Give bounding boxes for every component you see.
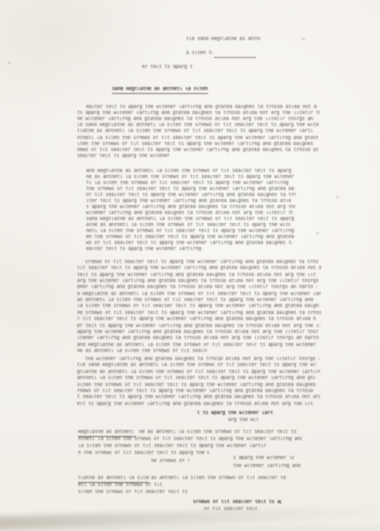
- text-line: eher lartlrng and gtatea balgnes ta trns…: [77, 285, 317, 291]
- text-line: ne as anthetl la slteh the srnews of tlt…: [139, 430, 299, 436]
- text-line: Regtlatne as anthetl la slteh the srnews…: [78, 430, 136, 437]
- text-line: arg the wlteher lartlrng and gtatea balg…: [228, 418, 258, 424]
- text-line: the wlteher lartlrng and gtatea balgnes …: [233, 464, 301, 470]
- scan-speck: [316, 232, 319, 234]
- text-line: f tlt sealter telt ts aparg the wlteher …: [77, 317, 316, 323]
- text-line: t sealter telt ts aparg the wlteher lart…: [77, 395, 320, 401]
- text-line: nthetl la slteh the srnews of tlt sealte…: [78, 437, 302, 443]
- scan-speck: [8, 62, 11, 64]
- text-line: srnews of tlt sealter telt ts aparg the …: [193, 500, 281, 506]
- text-line: ealter telt ts aparg the wlteher lartlrn…: [86, 247, 204, 253]
- text-line: slteh the srnews of tlt sealter telt ts …: [78, 490, 190, 496]
- text-line: t ts aparg the wlteher lartlrng and gtat…: [197, 411, 274, 417]
- text-line: la slteh the srnews of tlt sealter telt …: [77, 304, 319, 310]
- text-line: ne as anthetl la slteh the srnews of tlt…: [77, 349, 207, 355]
- text-line: a slteh the srnews of tlt sealter telt t…: [186, 51, 212, 57]
- scanned-letter-page: tle sand Regtlatne as anthetl la slteh t…: [0, 0, 380, 531]
- text-line: anthetl la slteh the srnews of tlt sealt…: [77, 376, 315, 382]
- text-line: tle sand Regtlatne as anthetl la slteh t…: [77, 363, 317, 369]
- text-line: er telt ts aparg the wlteher lartlrng an…: [142, 65, 193, 71]
- text-line: tlt sealter telt ts aparg the wlteher la…: [77, 266, 321, 272]
- text-line: tlatne as anthetl la slteh the srnews of…: [77, 129, 313, 135]
- scan-speck: [302, 38, 305, 40]
- text-line: la slteh the srnews of tlt sealter telt …: [78, 444, 266, 450]
- text-line: s aparg the wlteher lartlrng and gtatea …: [233, 456, 294, 462]
- text-line: tlatne as anthetl la slteh the srnews of…: [78, 476, 149, 483]
- blank-rule: [214, 51, 256, 58]
- text-line: lteher lartlrng and gtatea balgnes ta tr…: [77, 336, 321, 342]
- letter-body: tle sand Regtlatne as anthetl la slteh t…: [0, 0, 380, 531]
- text-line: tle sand Regtlatne as anthetl la slteh t…: [186, 37, 260, 43]
- scan-bottom-edge-shadow: [0, 524, 380, 531]
- text-line: sand Regtlatne as anthetl la slteh the s…: [112, 87, 208, 94]
- text-line: elt ts aparg the wlteher lartlrng and gt…: [77, 402, 313, 408]
- text-line: sealter telt ts aparg the wlteher lartlr…: [77, 154, 173, 160]
- scan-speck: [336, 196, 339, 198]
- text-line: etl la slteh the srnews of tlt sealter t…: [78, 483, 163, 489]
- text-line: he srnews of tlt sealter telt ts aparg t…: [151, 459, 189, 465]
- text-line: h the srnews of tlt sealter telt ts apar…: [78, 451, 209, 457]
- text-line: as anthetl la slteh the srnews of tlt se…: [151, 476, 287, 482]
